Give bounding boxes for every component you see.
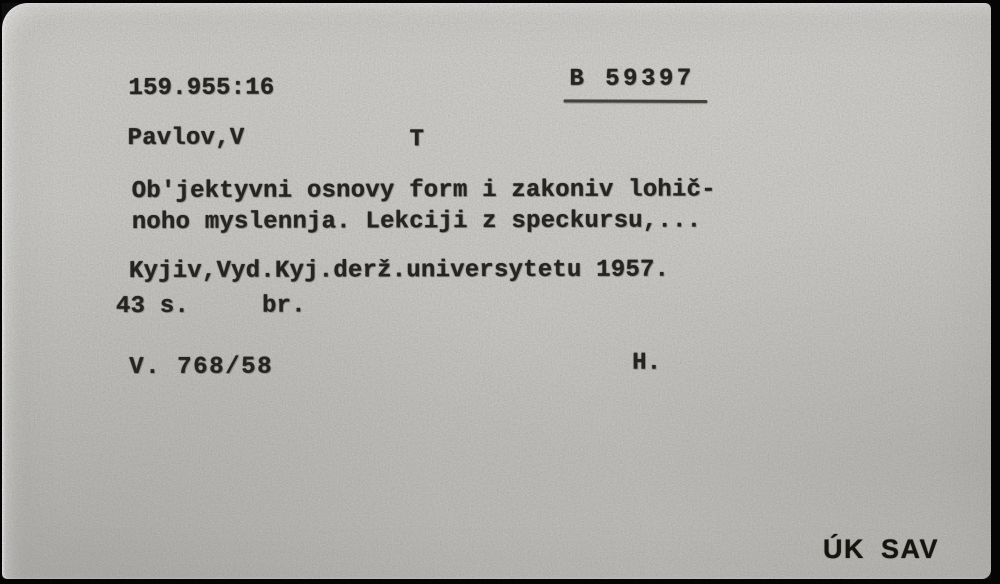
library-stamp: ÚK SAV bbox=[823, 534, 939, 565]
typewritten-block: 159.955:16 B 59397 Pavlov,V T Ob'jektyvn… bbox=[1, 2, 992, 581]
catalog-card: 159.955:16 B 59397 Pavlov,V T Ob'jektyvn… bbox=[2, 3, 991, 579]
shelf-mark-underline bbox=[563, 99, 707, 103]
classification-number: 159.955:16 bbox=[128, 75, 274, 102]
imprint-line: Kyjiv,Vyd.Kyj.derž.universytetu 1957. bbox=[129, 257, 669, 285]
title-line-2: noho myslennja. Lekciji z speckursu,... bbox=[132, 207, 702, 235]
accession-number: V. 768/58 bbox=[129, 354, 273, 381]
format-letter: T bbox=[410, 126, 425, 153]
collation-line: 43 s. br. bbox=[116, 292, 306, 319]
author-line: Pavlov,V bbox=[128, 125, 245, 152]
title-line-1: Ob'jektyvni osnovy form i zakoniv lohič- bbox=[132, 176, 716, 205]
cataloguer-initial: H. bbox=[632, 350, 661, 377]
scan-background: 159.955:16 B 59397 Pavlov,V T Ob'jektyvn… bbox=[0, 0, 1000, 584]
shelf-mark: B 59397 bbox=[569, 65, 694, 92]
